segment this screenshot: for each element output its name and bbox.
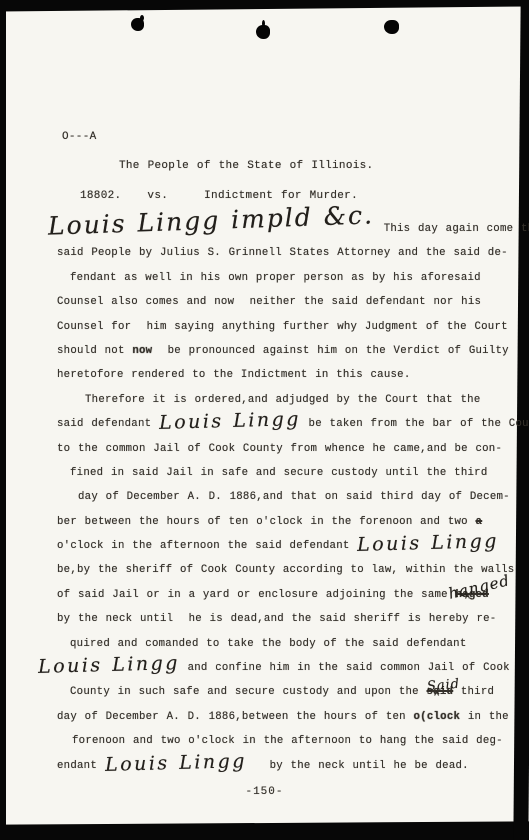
case-title: The People of the State of Illinois. bbox=[119, 160, 373, 172]
strikethrough-text: a bbox=[475, 516, 482, 528]
punch-hole-3 bbox=[384, 20, 399, 34]
text-line: County in such safe and secure custody a… bbox=[70, 680, 519, 704]
text-line: Therefore it is ordered,and adjudged by … bbox=[85, 388, 519, 412]
text-line: to the common Jail of Cook County from w… bbox=[57, 437, 519, 461]
text-line: Louis Lingg impld &c. This day again com… bbox=[48, 217, 519, 241]
typed-text: ber between the hours of ten o'clock in … bbox=[57, 516, 475, 528]
scan-edge-bottom bbox=[0, 821, 529, 840]
typed-text: forenoon and two o'clock in the afternoo… bbox=[72, 735, 503, 747]
typed-text: day of December A. D. 1886,between the h… bbox=[57, 711, 414, 723]
text-line: forenoon and two o'clock in the afternoo… bbox=[72, 729, 519, 753]
text-line: by the neck until he is dead,and the sai… bbox=[57, 607, 519, 631]
typed-text: endant bbox=[57, 760, 105, 772]
overtyped-text: now bbox=[132, 345, 152, 357]
text-line: day of December A. D. 1886,and that on s… bbox=[78, 485, 519, 509]
text-line: day of December A. D. 1886,between the h… bbox=[57, 705, 519, 729]
typed-text: o'clock in the afternoon the said defend… bbox=[57, 540, 357, 552]
overtyped-text: o(clock bbox=[414, 711, 461, 723]
typed-text: to the common Jail of Cook County from w… bbox=[57, 443, 502, 455]
handwritten-name: Louis Lingg bbox=[159, 414, 301, 428]
typed-text: Therefore it is ordered,and adjudged by … bbox=[85, 394, 481, 406]
text-line: Counsel also comes and now neither the s… bbox=[57, 290, 519, 314]
text-line: Counsel for him saying anything further … bbox=[57, 315, 519, 339]
text-line: fined in said Jail in safe and secure cu… bbox=[70, 461, 519, 485]
corrected-text: hanged^haged bbox=[456, 583, 489, 607]
text-line: fendant as well in his own proper person… bbox=[70, 266, 519, 290]
punch-hole-2 bbox=[256, 25, 270, 39]
page-number: -150- bbox=[0, 786, 529, 798]
typed-text: fendant as well in his own proper person… bbox=[70, 272, 481, 284]
text-line: endant Louis Lingg by the neck until he … bbox=[57, 754, 519, 778]
typed-text: in the bbox=[460, 711, 509, 723]
text-line: heretofore rendered to the Indictment in… bbox=[57, 363, 519, 387]
scan-edge-top bbox=[0, 0, 529, 12]
typed-text: said People by Julius S. Grinnell States… bbox=[57, 247, 508, 259]
typed-text: County in such safe and secure custody a… bbox=[70, 686, 427, 698]
typed-text: be taken from the bar of the Court bbox=[301, 418, 529, 430]
text-line: should not now be pronounced against him… bbox=[57, 339, 519, 363]
charge-label: Indictment for Murder. bbox=[204, 190, 358, 202]
text-line: said People by Julius S. Grinnell States… bbox=[57, 241, 519, 265]
corrected-text: Said^said bbox=[427, 680, 454, 704]
correction-caret: ^ bbox=[465, 596, 471, 602]
document-body: Louis Lingg impld &c. This day again com… bbox=[57, 217, 519, 778]
typed-text: said defendant bbox=[57, 418, 159, 430]
handwritten-correction: Said bbox=[426, 678, 460, 693]
typed-text: and confine him in the said common Jail … bbox=[180, 662, 510, 674]
typed-text: quired and comanded to take the body of … bbox=[70, 638, 467, 650]
typed-text: by the neck until he is dead,and the sai… bbox=[57, 613, 496, 625]
case-number: 18802. bbox=[80, 190, 121, 202]
typed-text: by the neck until he be dead. bbox=[247, 760, 469, 772]
punch-hole-1 bbox=[131, 18, 144, 31]
text-line: o'clock in the afternoon the said defend… bbox=[57, 534, 519, 558]
correction-caret: ^ bbox=[434, 693, 440, 699]
text-line: of said Jail or in a yard or enclosure a… bbox=[57, 583, 519, 607]
handwritten-name: Louis Lingg bbox=[357, 536, 499, 550]
vs-label: vs. bbox=[147, 190, 168, 202]
text-line: be,by the sheriff of Cook County accordi… bbox=[57, 558, 519, 582]
typed-text: should not bbox=[57, 345, 132, 357]
typed-text: Counsel also comes and now neither the s… bbox=[57, 296, 481, 308]
typed-text: heretofore rendered to the Indictment in… bbox=[57, 369, 411, 381]
typed-text: This day again come the bbox=[376, 223, 529, 235]
document-scan: O---A The People of the State of Illinoi… bbox=[0, 0, 529, 840]
case-line: 18802.vs.Indictment for Murder. bbox=[80, 190, 358, 202]
typed-text: day of December A. D. 1886,and that on s… bbox=[78, 491, 510, 503]
text-line: said defendant Louis Lingg be taken from… bbox=[57, 412, 519, 436]
typed-text: be pronounced against him on the Verdict… bbox=[152, 345, 509, 357]
typed-text: of said Jail or in a yard or enclosure a… bbox=[57, 589, 456, 601]
scan-edge-left bbox=[0, 0, 6, 840]
handwritten-name: Louis Lingg bbox=[105, 756, 247, 770]
typed-text: be,by the sheriff of Cook County accordi… bbox=[57, 564, 514, 576]
typed-text: fined in said Jail in safe and secure cu… bbox=[70, 467, 487, 479]
handwritten-name: Louis Lingg impld &c. bbox=[48, 210, 374, 231]
typed-text: Counsel for him saying anything further … bbox=[57, 321, 508, 333]
header-mark: O---A bbox=[62, 131, 97, 143]
handwritten-name: Louis Lingg bbox=[38, 658, 180, 672]
